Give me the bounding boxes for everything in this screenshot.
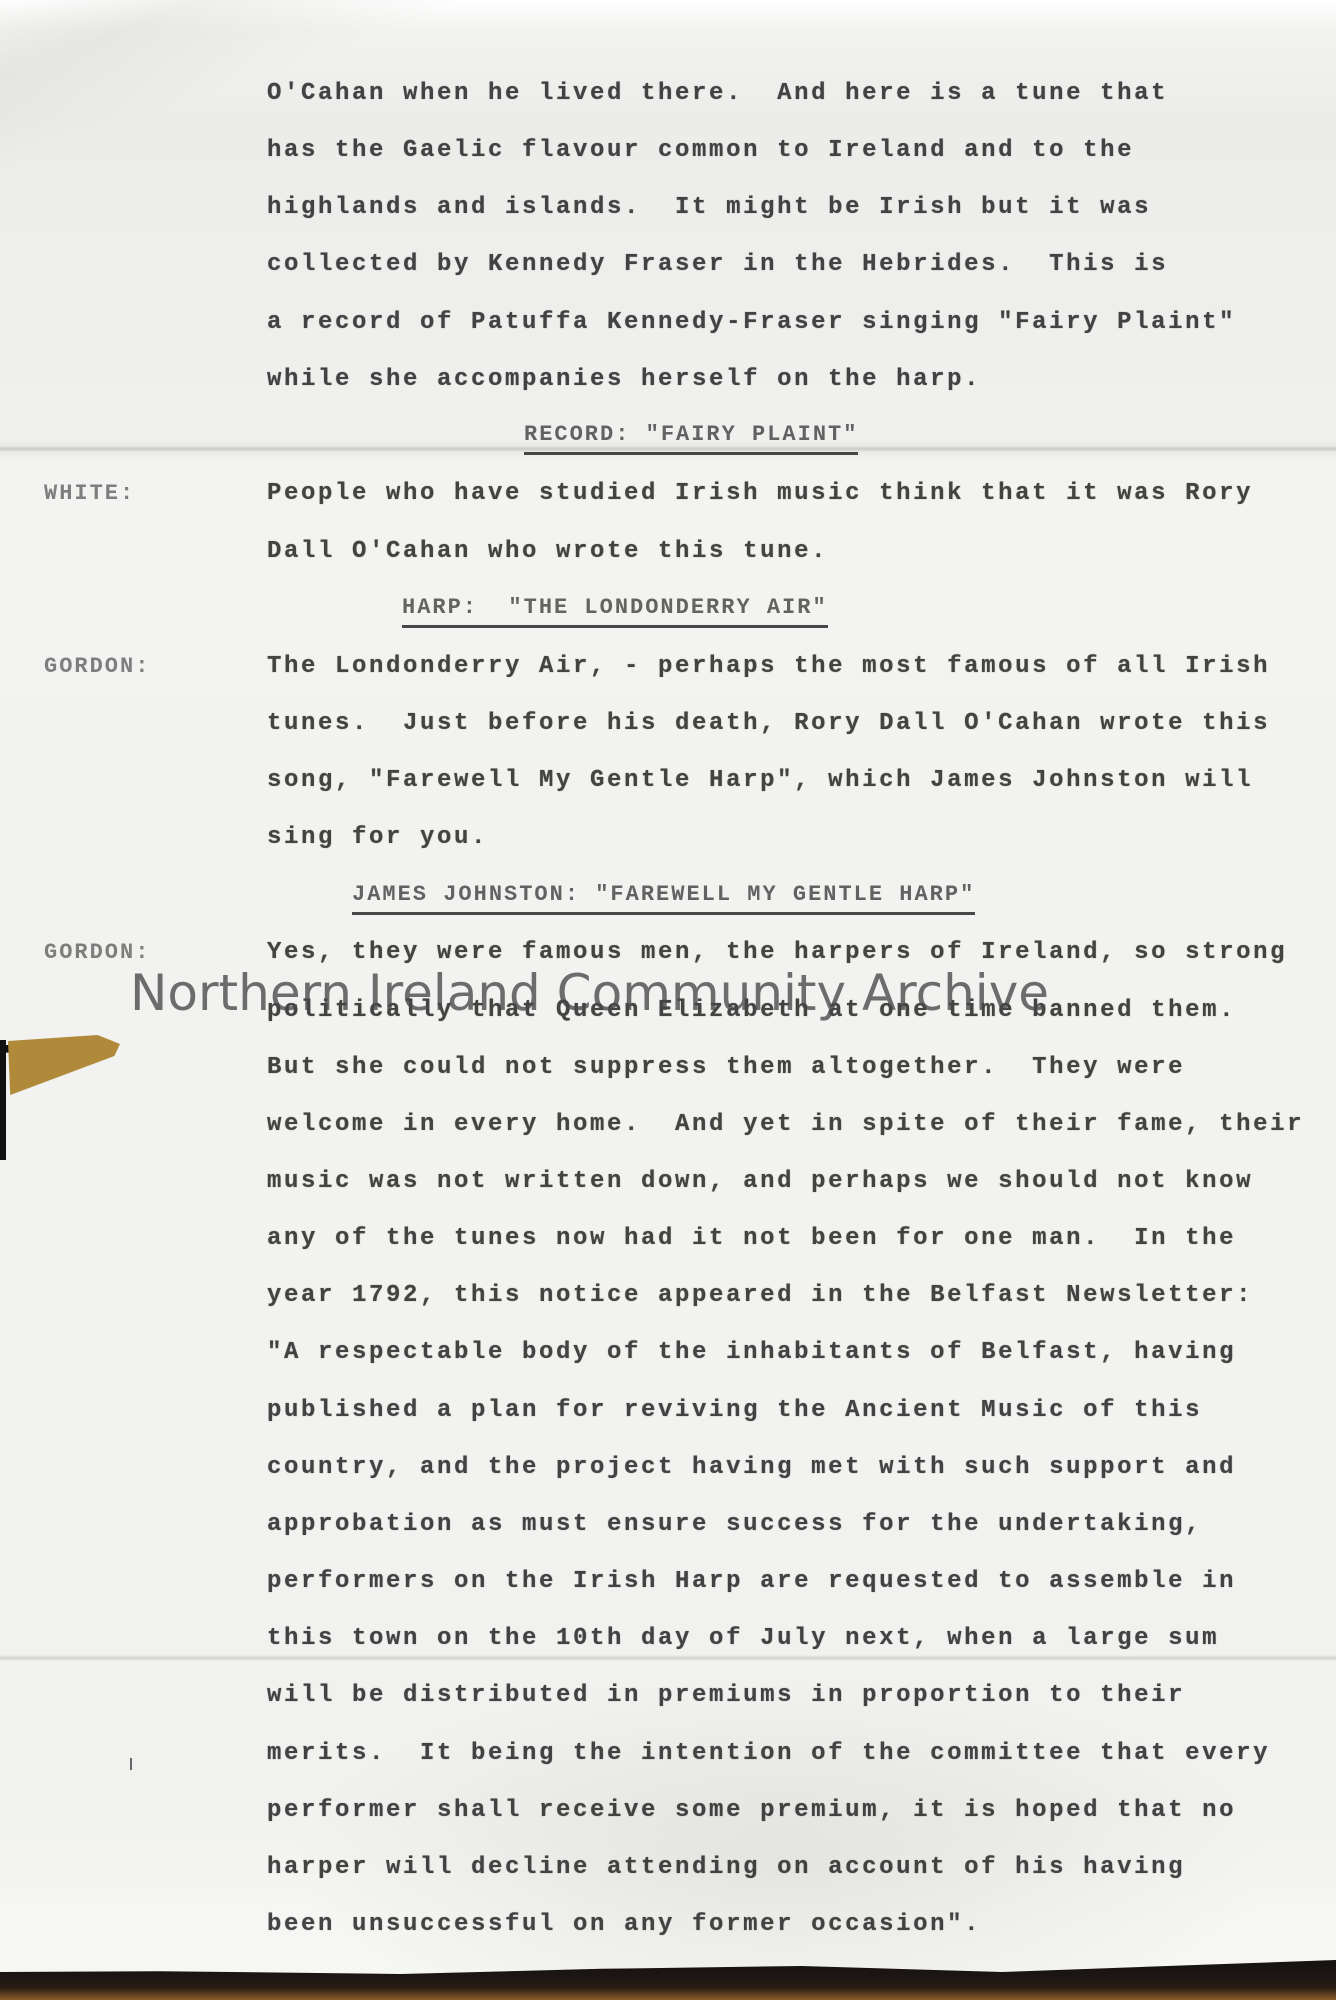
script-line: sing for you.	[267, 823, 488, 853]
script-line: People who have studied Irish music thin…	[267, 479, 1253, 509]
script-line: highlands and islands. It might be Irish…	[267, 193, 1151, 223]
script-line: merits. It being the intention of the co…	[267, 1739, 1270, 1769]
script-line: approbation as must ensure success for t…	[267, 1510, 1202, 1540]
page-edge-shadow	[0, 1040, 6, 1160]
paper-fold-crease	[0, 1655, 1336, 1661]
script-line: will be distributed in premiums in propo…	[267, 1681, 1185, 1711]
cue-heading: HARP: "THE LONDONDERRY AIR"	[402, 593, 828, 628]
script-line: collected by Kennedy Fraser in the Hebri…	[267, 250, 1168, 280]
script-line: music was not written down, and perhaps …	[267, 1167, 1253, 1197]
script-line: published a plan for reviving the Ancien…	[267, 1396, 1202, 1426]
script-line: this town on the 10th day of July next, …	[267, 1624, 1219, 1654]
script-line: performer shall receive some premium, it…	[267, 1796, 1236, 1826]
script-line: been unsuccessful on any former occasion…	[267, 1910, 981, 1940]
script-line: "A respectable body of the inhabitants o…	[267, 1338, 1236, 1368]
script-line: a record of Patuffa Kennedy-Fraser singi…	[267, 308, 1236, 338]
script-line: song, "Farewell My Gentle Harp", which J…	[267, 766, 1253, 796]
stray-ink-mark	[130, 1758, 132, 1770]
script-line: year 1792, this notice appeared in the B…	[267, 1281, 1253, 1311]
script-line: country, and the project having met with…	[267, 1453, 1236, 1483]
script-line: while she accompanies herself on the har…	[267, 365, 981, 395]
script-line: welcome in every home. And yet in spite …	[267, 1110, 1304, 1140]
script-line: has the Gaelic flavour common to Ireland…	[267, 136, 1134, 166]
speaker-label: GORDON:	[44, 652, 150, 682]
script-line: performers on the Irish Harp are request…	[267, 1567, 1236, 1597]
speaker-label: WHITE:	[44, 479, 135, 509]
cue-heading: JAMES JOHNSTON: "FAREWELL MY GENTLE HARP…	[352, 880, 975, 915]
cue-heading: RECORD: "FAIRY PLAINT"	[524, 420, 858, 455]
script-line: Dall O'Cahan who wrote this tune.	[267, 537, 828, 567]
script-line: any of the tunes now had it not been for…	[267, 1224, 1236, 1254]
script-line: But she could not suppress them altogeth…	[267, 1053, 1185, 1083]
script-line: O'Cahan when he lived there. And here is…	[267, 79, 1168, 109]
script-line: tunes. Just before his death, Rory Dall …	[267, 709, 1270, 739]
archive-watermark: Northern Ireland Community Archive	[130, 964, 1049, 1022]
script-line: The Londonderry Air, - perhaps the most …	[267, 652, 1270, 682]
script-line: harper will decline attending on account…	[267, 1853, 1185, 1883]
